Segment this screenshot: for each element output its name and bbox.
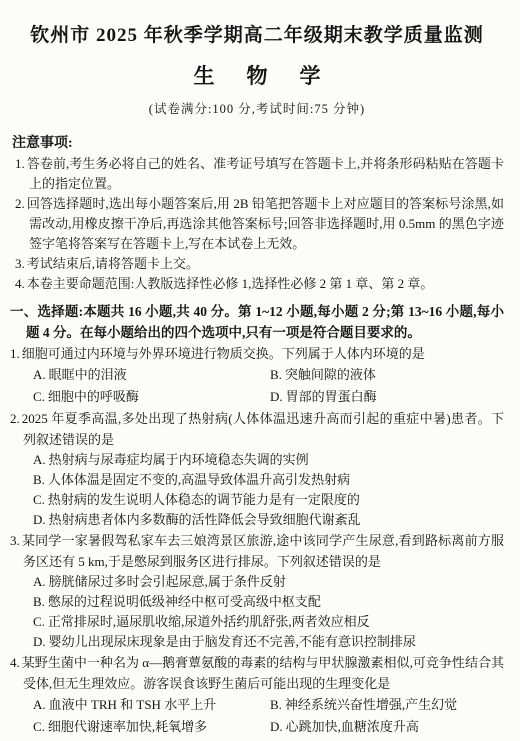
question-3: 3.某同学一家暑假驾私家车去三娘湾景区旅游,途中该同学产生尿意,看到路标离前方服… [10,530,504,652]
question-number: 3. [10,533,22,548]
options: A.热射病与尿毒症均属于内环境稳态失调的实例 B.人体体温是固定不变的,高温导致… [33,450,504,530]
question-stem: 2.2025 年夏季高温,多处出现了热射病(人体体温迅速升高而引起的重症中暑)患… [10,408,504,450]
option-text: 突触间隙的液体 [285,367,376,382]
section-heading: 一、选择题:本题共 16 小题,共 40 分。第 1~12 小题,每小题 2 分… [10,301,504,343]
option-a: A.眼眶中的泪液 [33,364,270,386]
option-d: D.心跳加快,血糖浓度升高 [270,716,504,738]
option-d: D.婴幼儿出现尿床现象是由于脑发育还不完善,不能有意识控制排尿 [33,632,504,652]
option-label: C. [33,719,48,734]
option-b: B.神经系统兴奋性增强,产生幻觉 [270,694,504,716]
question-2: 2.2025 年夏季高温,多处出现了热射病(人体体温迅速升高而引起的重症中暑)患… [10,408,504,530]
note-item: 2.回答选择题时,选出每小题答案后,用 2B 铅笔把答题卡上对应题目的答案标号涂… [15,194,504,254]
question-text: 某野生菌中一种名为 α—鹅膏蕈氨酸的毒素的结构与甲状腺激素相似,可竞争性结合其受… [22,655,504,691]
question-number: 1. [10,346,22,361]
note-number: 4. [15,276,27,291]
option-label: D. [270,389,286,404]
option-text: 热射病与尿毒症均属于内环境稳态失调的实例 [49,452,309,467]
option-text: 细胞代谢速率加快,耗氧增多 [48,719,207,734]
question-text: 细胞可通过内环境与外界环境进行物质交换。下列属于人体内环境的是 [22,346,425,361]
option-label: A. [33,367,49,382]
options: A.血液中 TRH 和 TSH 水平上升 B.神经系统兴奋性增强,产生幻觉 C.… [33,694,504,738]
subject-title: 生物学 [10,63,504,89]
option-label: A. [33,452,49,467]
option-text: 正常排尿时,逼尿肌收缩,尿道外括约肌舒张,两者效应相反 [48,614,370,629]
note-number: 1. [15,156,27,171]
option-text: 婴幼儿出现尿床现象是由于脑发育还不完善,不能有意识控制排尿 [49,634,416,649]
exam-header: 钦州市 2025 年秋季学期高二年级期末教学质量监测 生物学 (试卷满分:100… [10,24,504,117]
option-a: A.热射病与尿毒症均属于内环境稳态失调的实例 [33,450,504,470]
option-label: C. [33,492,48,507]
option-b: B.人体体温是固定不变的,高温导致体温升高引发热射病 [33,470,504,490]
option-b: B.憋尿的过程说明低级神经中枢可受高级中枢支配 [33,592,504,612]
option-text: 眼眶中的泪液 [49,367,127,382]
option-text: 心跳加快,血糖浓度升高 [286,719,419,734]
note-item: 1.答卷前,考生务必将自己的姓名、准考证号填写在答题卡上,并将条形码粘贴在答题卡… [15,154,504,194]
question-1: 1.细胞可通过内环境与外界环境进行物质交换。下列属于人体内环境的是 A.眼眶中的… [10,343,504,408]
option-text: 热射病的发生说明人体稳态的调节能力是有一定限度的 [48,492,360,507]
options: A.眼眶中的泪液 B.突触间隙的液体 C.细胞中的呼吸酶 D.胃部的胃蛋白酶 [33,364,504,408]
option-label: C. [33,389,48,404]
note-text: 本卷主要命题范围:人教版选择性必修 1,选择性必修 2 第 1 章、第 2 章。 [27,276,434,291]
option-d: D.热射病患者体内多数酶的活性降低会导致细胞代谢紊乱 [33,510,504,530]
question-4: 4.某野生菌中一种名为 α—鹅膏蕈氨酸的毒素的结构与甲状腺激素相似,可竞争性结合… [10,652,504,738]
question-text: 某同学一家暑假驾私家车去三娘湾景区旅游,途中该同学产生尿意,看到路标离前方服务区… [22,533,504,569]
option-label: D. [33,512,49,527]
option-text: 血液中 TRH 和 TSH 水平上升 [49,697,217,712]
option-label: B. [270,367,285,382]
option-a: A.血液中 TRH 和 TSH 水平上升 [33,694,270,716]
option-text: 膀胱储尿过多时会引起尿意,属于条件反射 [49,574,286,589]
option-text: 热射病患者体内多数酶的活性降低会导致细胞代谢紊乱 [49,512,361,527]
option-d: D.胃部的胃蛋白酶 [270,386,504,408]
questions-list: 1.细胞可通过内环境与外界环境进行物质交换。下列属于人体内环境的是 A.眼眶中的… [10,343,504,738]
exam-info: (试卷满分:100 分,考试时间:75 分钟) [10,101,504,117]
option-text: 憋尿的过程说明低级神经中枢可受高级中枢支配 [48,594,321,609]
question-text: 2025 年夏季高温,多处出现了热射病(人体体温迅速升高而引起的重症中暑)患者。… [22,411,504,447]
option-label: A. [33,697,49,712]
option-label: B. [33,594,48,609]
option-c: C.细胞代谢速率加快,耗氧增多 [33,716,270,738]
option-label: B. [33,472,48,487]
question-stem: 1.细胞可通过内环境与外界环境进行物质交换。下列属于人体内环境的是 [10,343,504,364]
note-text: 回答选择题时,选出每小题答案后,用 2B 铅笔把答题卡上对应题目的答案标号涂黑,… [27,196,504,251]
option-c: C.热射病的发生说明人体稳态的调节能力是有一定限度的 [33,490,504,510]
note-number: 2. [15,196,27,211]
question-number: 4. [10,655,22,670]
option-text: 人体体温是固定不变的,高温导致体温升高引发热射病 [48,472,350,487]
option-text: 神经系统兴奋性增强,产生幻觉 [285,697,457,712]
question-stem: 4.某野生菌中一种名为 α—鹅膏蕈氨酸的毒素的结构与甲状腺激素相似,可竞争性结合… [10,652,504,694]
option-c: C.细胞中的呼吸酶 [33,386,270,408]
option-a: A.膀胱储尿过多时会引起尿意,属于条件反射 [33,572,504,592]
question-stem: 3.某同学一家暑假驾私家车去三娘湾景区旅游,途中该同学产生尿意,看到路标离前方服… [10,530,504,572]
option-text: 细胞中的呼吸酶 [48,389,139,404]
option-c: C.正常排尿时,逼尿肌收缩,尿道外括约肌舒张,两者效应相反 [33,612,504,632]
note-text: 考试结束后,请将答题卡上交。 [27,256,199,271]
question-number: 2. [10,411,22,426]
note-item: 4.本卷主要命题范围:人教版选择性必修 1,选择性必修 2 第 1 章、第 2 … [15,274,504,294]
option-label: C. [33,614,48,629]
option-text: 胃部的胃蛋白酶 [286,389,377,404]
option-b: B.突触间隙的液体 [270,364,504,386]
notes-heading: 注意事项: [12,134,504,154]
exam-paper-page: 钦州市 2025 年秋季学期高二年级期末教学质量监测 生物学 (试卷满分:100… [0,0,520,741]
option-label: B. [270,697,285,712]
options: A.膀胱储尿过多时会引起尿意,属于条件反射 B.憋尿的过程说明低级神经中枢可受高… [33,572,504,652]
exam-title: 钦州市 2025 年秋季学期高二年级期末教学质量监测 [10,24,504,48]
note-text: 答卷前,考生务必将自己的姓名、准考证号填写在答题卡上,并将条形码粘贴在答题卡上的… [27,156,504,191]
option-label: A. [33,574,49,589]
option-label: D. [270,719,286,734]
option-label: D. [33,634,49,649]
notes-section: 注意事项: 1.答卷前,考生务必将自己的姓名、准考证号填写在答题卡上,并将条形码… [10,134,504,294]
note-number: 3. [15,256,27,271]
note-item: 3.考试结束后,请将答题卡上交。 [15,254,504,274]
